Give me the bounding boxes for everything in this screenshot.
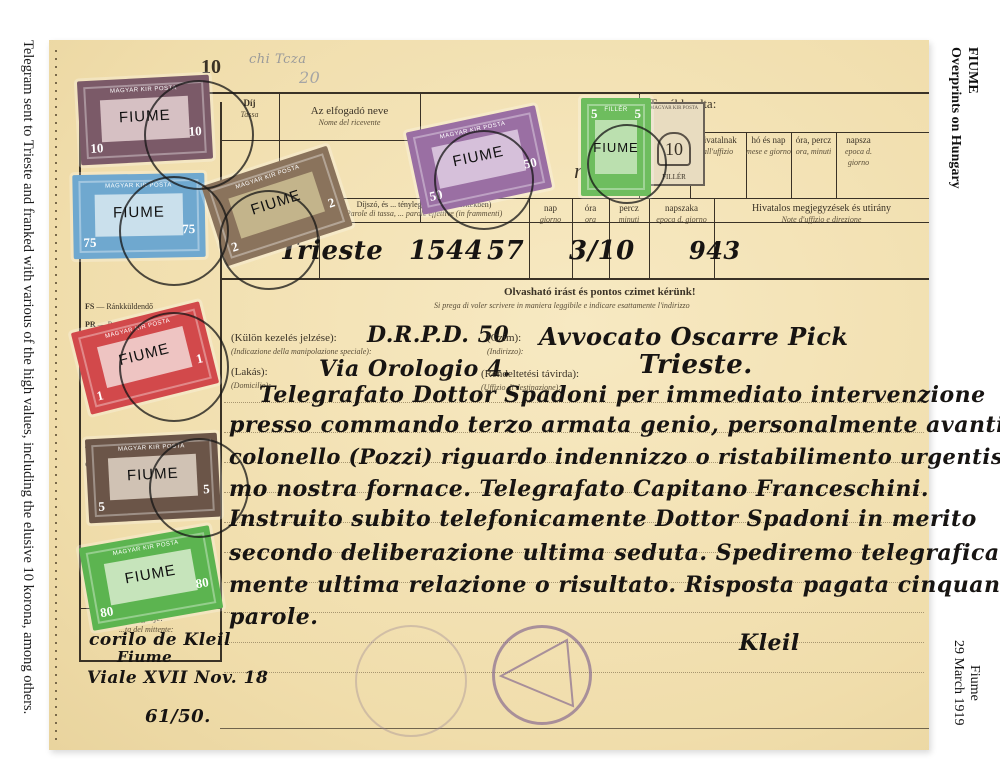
address-label: (Czim): — [487, 332, 521, 344]
postmark-icon — [119, 312, 229, 422]
message-line: Instruito subito telefonicamente Dottor … — [229, 506, 977, 532]
telegram-number: 1544 — [409, 236, 483, 266]
notice-hungarian: Olvasható irást és pontos czimet kérünk! — [504, 286, 696, 298]
divider — [220, 278, 929, 280]
message-line: mente ultima relazione o risultato. Risp… — [229, 572, 1000, 598]
message-line: secondo deliberazione ultima seduta. Spe… — [229, 540, 1000, 566]
special-label: (Külön kezelés jelzése): — [231, 332, 337, 344]
trans-col-label: Hivatalos megjegyzések és utirányNote d'… — [714, 203, 929, 225]
trans-col-label: napszakaepoca d. giorno — [649, 203, 714, 225]
address-value: Avvocato Oscarre Pick — [539, 322, 849, 351]
postmark-icon — [119, 176, 229, 286]
destination-label: (Rendeltetési távirda): — [481, 368, 579, 380]
postmark-icon — [149, 438, 249, 538]
caption-text: Telegram sent to Trieste and franked wit… — [19, 40, 36, 714]
sender-line: Fiume — [117, 648, 172, 666]
sender-line: corilo de Kleil — [89, 630, 231, 650]
stamp-80-filler: MAGYAR KIR POSTA FIUME 8080 — [79, 525, 224, 631]
triangle-seal-icon — [492, 625, 592, 725]
trans-col-label: perczminuti — [609, 203, 649, 225]
pencil-note: chi Tcza — [249, 52, 307, 67]
message-line: Telegrafato Dottor Spadoni per immediato… — [259, 382, 986, 408]
album-date: 29 March 1919 — [950, 640, 966, 726]
album-caption-left: Telegram sent to Trieste and franked wit… — [8, 40, 38, 760]
message-line: mo nostra fornace. Telegrafato Capitano … — [229, 476, 929, 502]
perforation-edge — [55, 50, 57, 740]
footer-note: 61/50. — [145, 706, 211, 727]
guide-line — [224, 612, 924, 613]
imprinted-stamp-header: MAGYAR KIR POSTA — [645, 106, 703, 111]
trans-col-label: óraora — [572, 203, 609, 225]
message-line: parole. — [229, 604, 318, 630]
forward-col-label: óra, perczora, minuti — [791, 135, 836, 157]
message-line: colonello (Pozzi) riguardo indennizzo o … — [229, 444, 1000, 469]
residence-label: (Lakás): — [231, 366, 268, 378]
album-caption-right-top: FIUME Overprints on Hungary — [930, 0, 1000, 260]
forward-col-label: hó és napmese e giorno — [746, 135, 791, 157]
postmark-icon — [587, 124, 667, 204]
album-title: FIUME — [964, 47, 980, 94]
album-place: Fiume — [966, 665, 982, 701]
forward-col-label: napszaepoca d. giorno — [836, 135, 881, 168]
signature: Kleil — [739, 630, 800, 656]
divider — [199, 92, 929, 94]
time-value: 943 — [689, 236, 741, 265]
trans-col-label: napgiorno — [529, 203, 572, 225]
message-line: presso commando terzo armata genio, pers… — [229, 412, 1000, 438]
day-value: 3/10 — [569, 236, 635, 266]
word-count: 57 — [487, 236, 524, 266]
telegram-form: 10 chi Tcza 20 DíjTassa Az elfogadó neve… — [49, 40, 929, 750]
postmark-icon — [219, 190, 319, 290]
notice-italian: Si prega di voler scrivere in maniera le… — [434, 300, 690, 311]
acceptor-label: Az elfogadó neveNome del ricevente — [279, 106, 420, 128]
album-subtitle: Overprints on Hungary — [947, 47, 963, 189]
service-code: FS — Ránkküldendő — [85, 302, 153, 311]
postmark-icon — [144, 80, 254, 190]
telegraph-office-seal-icon — [355, 625, 467, 737]
divider — [220, 728, 929, 729]
destination-value: Trieste. — [639, 350, 753, 380]
postmark-icon — [434, 130, 534, 230]
pencil-note: 20 — [299, 68, 320, 87]
sender-line: Viale XVII Nov. 18 — [87, 668, 268, 688]
